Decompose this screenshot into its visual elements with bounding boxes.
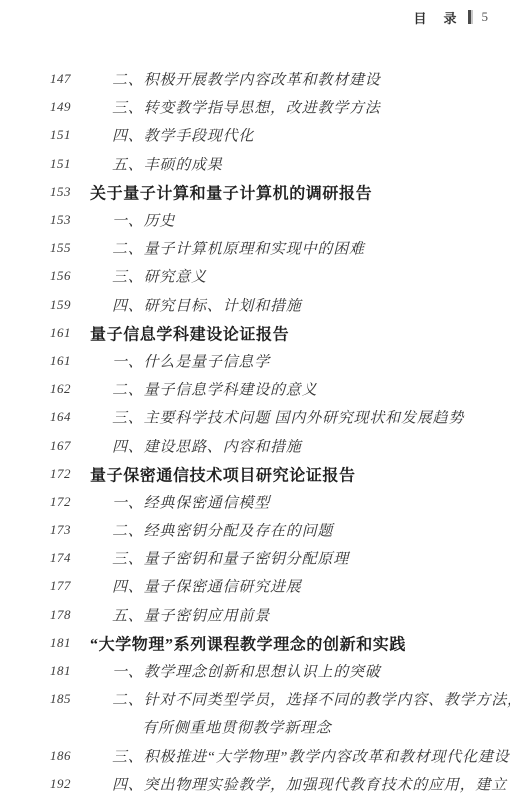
toc-entry: 172一、经典保密通信模型 (0, 488, 510, 516)
toc-entry: 167四、建设思路、内容和措施 (0, 431, 510, 459)
toc-entry: 151四、教学手段现代化 (0, 121, 510, 149)
toc-entry-page: 174 (50, 550, 71, 566)
toc-entry-title: 有所侧重地贯彻教学新理念 (142, 717, 332, 738)
toc-entry-title: 三、转变教学指导思想，改进教学方法 (112, 97, 381, 118)
toc-entry-title: 关于量子计算和量子计算机的调研报告 (90, 180, 372, 203)
toc-entry-page: 172 (50, 494, 71, 510)
toc-list: 147二、积极开展教学内容改革和教材建设149三、转变教学指导思想，改进教学方法… (0, 65, 510, 798)
toc-entry-page: 161 (50, 353, 71, 369)
toc-entry: 164三、主要科学技术问题 国内外研究现状和发展趋势 (0, 403, 510, 431)
toc-entry: 147二、积极开展教学内容改革和教材建设 (0, 65, 510, 93)
toc-entry-page: 164 (50, 409, 71, 425)
toc-entry-page: 178 (50, 607, 71, 623)
header-separator-bars-icon (468, 10, 473, 24)
toc-entry-title: 一、历史 (112, 210, 175, 231)
toc-entry-title: 二、量子信息学科建设的意义 (112, 379, 317, 400)
toc-entry: 155二、量子计算机原理和实现中的困难 (0, 234, 510, 262)
toc-entry-page: 181 (50, 663, 71, 679)
toc-entry: 149三、转变教学指导思想，改进教学方法 (0, 93, 510, 121)
header-title: 目 录 (413, 8, 458, 27)
toc-entry-title: 量子信息学科建设论证报告 (90, 321, 289, 344)
toc-entry-title: 二、量子计算机原理和实现中的困难 (112, 238, 365, 259)
toc-entry-title: 三、积极推进“大学物理”教学内容改革和教材现代化建设 (112, 745, 510, 766)
page-header: 目 录 5 (413, 9, 488, 25)
toc-entry-title: 四、量子保密通信研究进展 (112, 576, 302, 597)
toc-entry: 156三、研究意义 (0, 262, 510, 290)
toc-entry-title: 一、什么是量子信息学 (112, 350, 270, 371)
toc-entry-title: 四、教学手段现代化 (112, 125, 254, 146)
toc-entry: 161量子信息学科建设论证报告 (0, 319, 510, 347)
toc-entry: 177四、量子保密通信研究进展 (0, 572, 510, 600)
toc-page: 目 录 5 147二、积极开展教学内容改革和教材建设149三、转变教学指导思想，… (0, 0, 510, 800)
toc-entry-page: 151 (50, 156, 71, 172)
toc-entry: 185二、针对不同类型学员，选择不同的教学内容、教学方法， (0, 685, 510, 713)
toc-entry-page: 192 (50, 776, 71, 792)
toc-entry-title: 三、量子密钥和量子密钥分配原理 (112, 548, 349, 569)
toc-entry: 172量子保密通信技术项目研究论证报告 (0, 460, 510, 488)
toc-entry-page: 151 (50, 127, 71, 143)
toc-entry: 178五、量子密钥应用前景 (0, 601, 510, 629)
toc-entry: 174三、量子密钥和量子密钥分配原理 (0, 544, 510, 572)
toc-entry-page: 156 (50, 268, 71, 284)
toc-entry-title: 量子保密通信技术项目研究论证报告 (90, 462, 356, 485)
toc-entry: 151五、丰硕的成果 (0, 150, 510, 178)
toc-entry: 181“大学物理”系列课程教学理念的创新和实践 (0, 629, 510, 657)
toc-entry: 有所侧重地贯彻教学新理念 (0, 713, 510, 741)
toc-entry-page: 147 (50, 71, 71, 87)
toc-entry-page: 177 (50, 578, 71, 594)
toc-entry-page: 172 (50, 466, 71, 482)
toc-entry-page: 153 (50, 184, 71, 200)
toc-entry-title: 一、经典保密通信模型 (112, 491, 270, 512)
toc-entry-page: 159 (50, 297, 71, 313)
toc-entry-page: 153 (50, 212, 71, 228)
toc-entry-title: 五、丰硕的成果 (112, 153, 223, 174)
toc-entry: 162二、量子信息学科建设的意义 (0, 375, 510, 403)
toc-entry-page: 185 (50, 691, 71, 707)
toc-entry: 161一、什么是量子信息学 (0, 347, 510, 375)
toc-entry-title: 一、教学理念创新和思想认识上的突破 (112, 661, 381, 682)
toc-entry-page: 155 (50, 240, 71, 256)
toc-entry: 192四、突出物理实验教学，加强现代教育技术的应用，建立 (0, 770, 510, 798)
toc-entry-page: 161 (50, 325, 71, 341)
toc-entry-title: 二、针对不同类型学员，选择不同的教学内容、教学方法， (112, 689, 510, 710)
toc-entry-title: 四、建设思路、内容和措施 (112, 435, 302, 456)
toc-entry-title: 二、经典密钥分配及存在的问题 (112, 520, 333, 541)
toc-entry-title: 四、突出物理实验教学，加强现代教育技术的应用，建立 (112, 773, 507, 794)
toc-entry-title: 三、研究意义 (112, 266, 207, 287)
toc-entry-title: 三、主要科学技术问题 国内外研究现状和发展趋势 (112, 407, 464, 428)
toc-entry-title: 五、量子密钥应用前景 (112, 604, 270, 625)
toc-entry-title: 二、积极开展教学内容改革和教材建设 (112, 69, 381, 90)
toc-entry: 159四、研究目标、计划和措施 (0, 291, 510, 319)
toc-entry-page: 149 (50, 99, 71, 115)
toc-entry: 153关于量子计算和量子计算机的调研报告 (0, 178, 510, 206)
toc-entry-page: 162 (50, 381, 71, 397)
toc-entry-page: 186 (50, 748, 71, 764)
header-page-number: 5 (482, 9, 489, 25)
toc-entry-title: “大学物理”系列课程教学理念的创新和实践 (90, 631, 406, 654)
toc-entry-title: 四、研究目标、计划和措施 (112, 294, 302, 315)
toc-entry: 181一、教学理念创新和思想认识上的突破 (0, 657, 510, 685)
toc-entry-page: 181 (50, 635, 71, 651)
toc-entry: 153一、历史 (0, 206, 510, 234)
toc-entry-page: 167 (50, 438, 71, 454)
toc-entry: 173二、经典密钥分配及存在的问题 (0, 516, 510, 544)
toc-entry: 186三、积极推进“大学物理”教学内容改革和教材现代化建设 (0, 742, 510, 770)
toc-entry-page: 173 (50, 522, 71, 538)
